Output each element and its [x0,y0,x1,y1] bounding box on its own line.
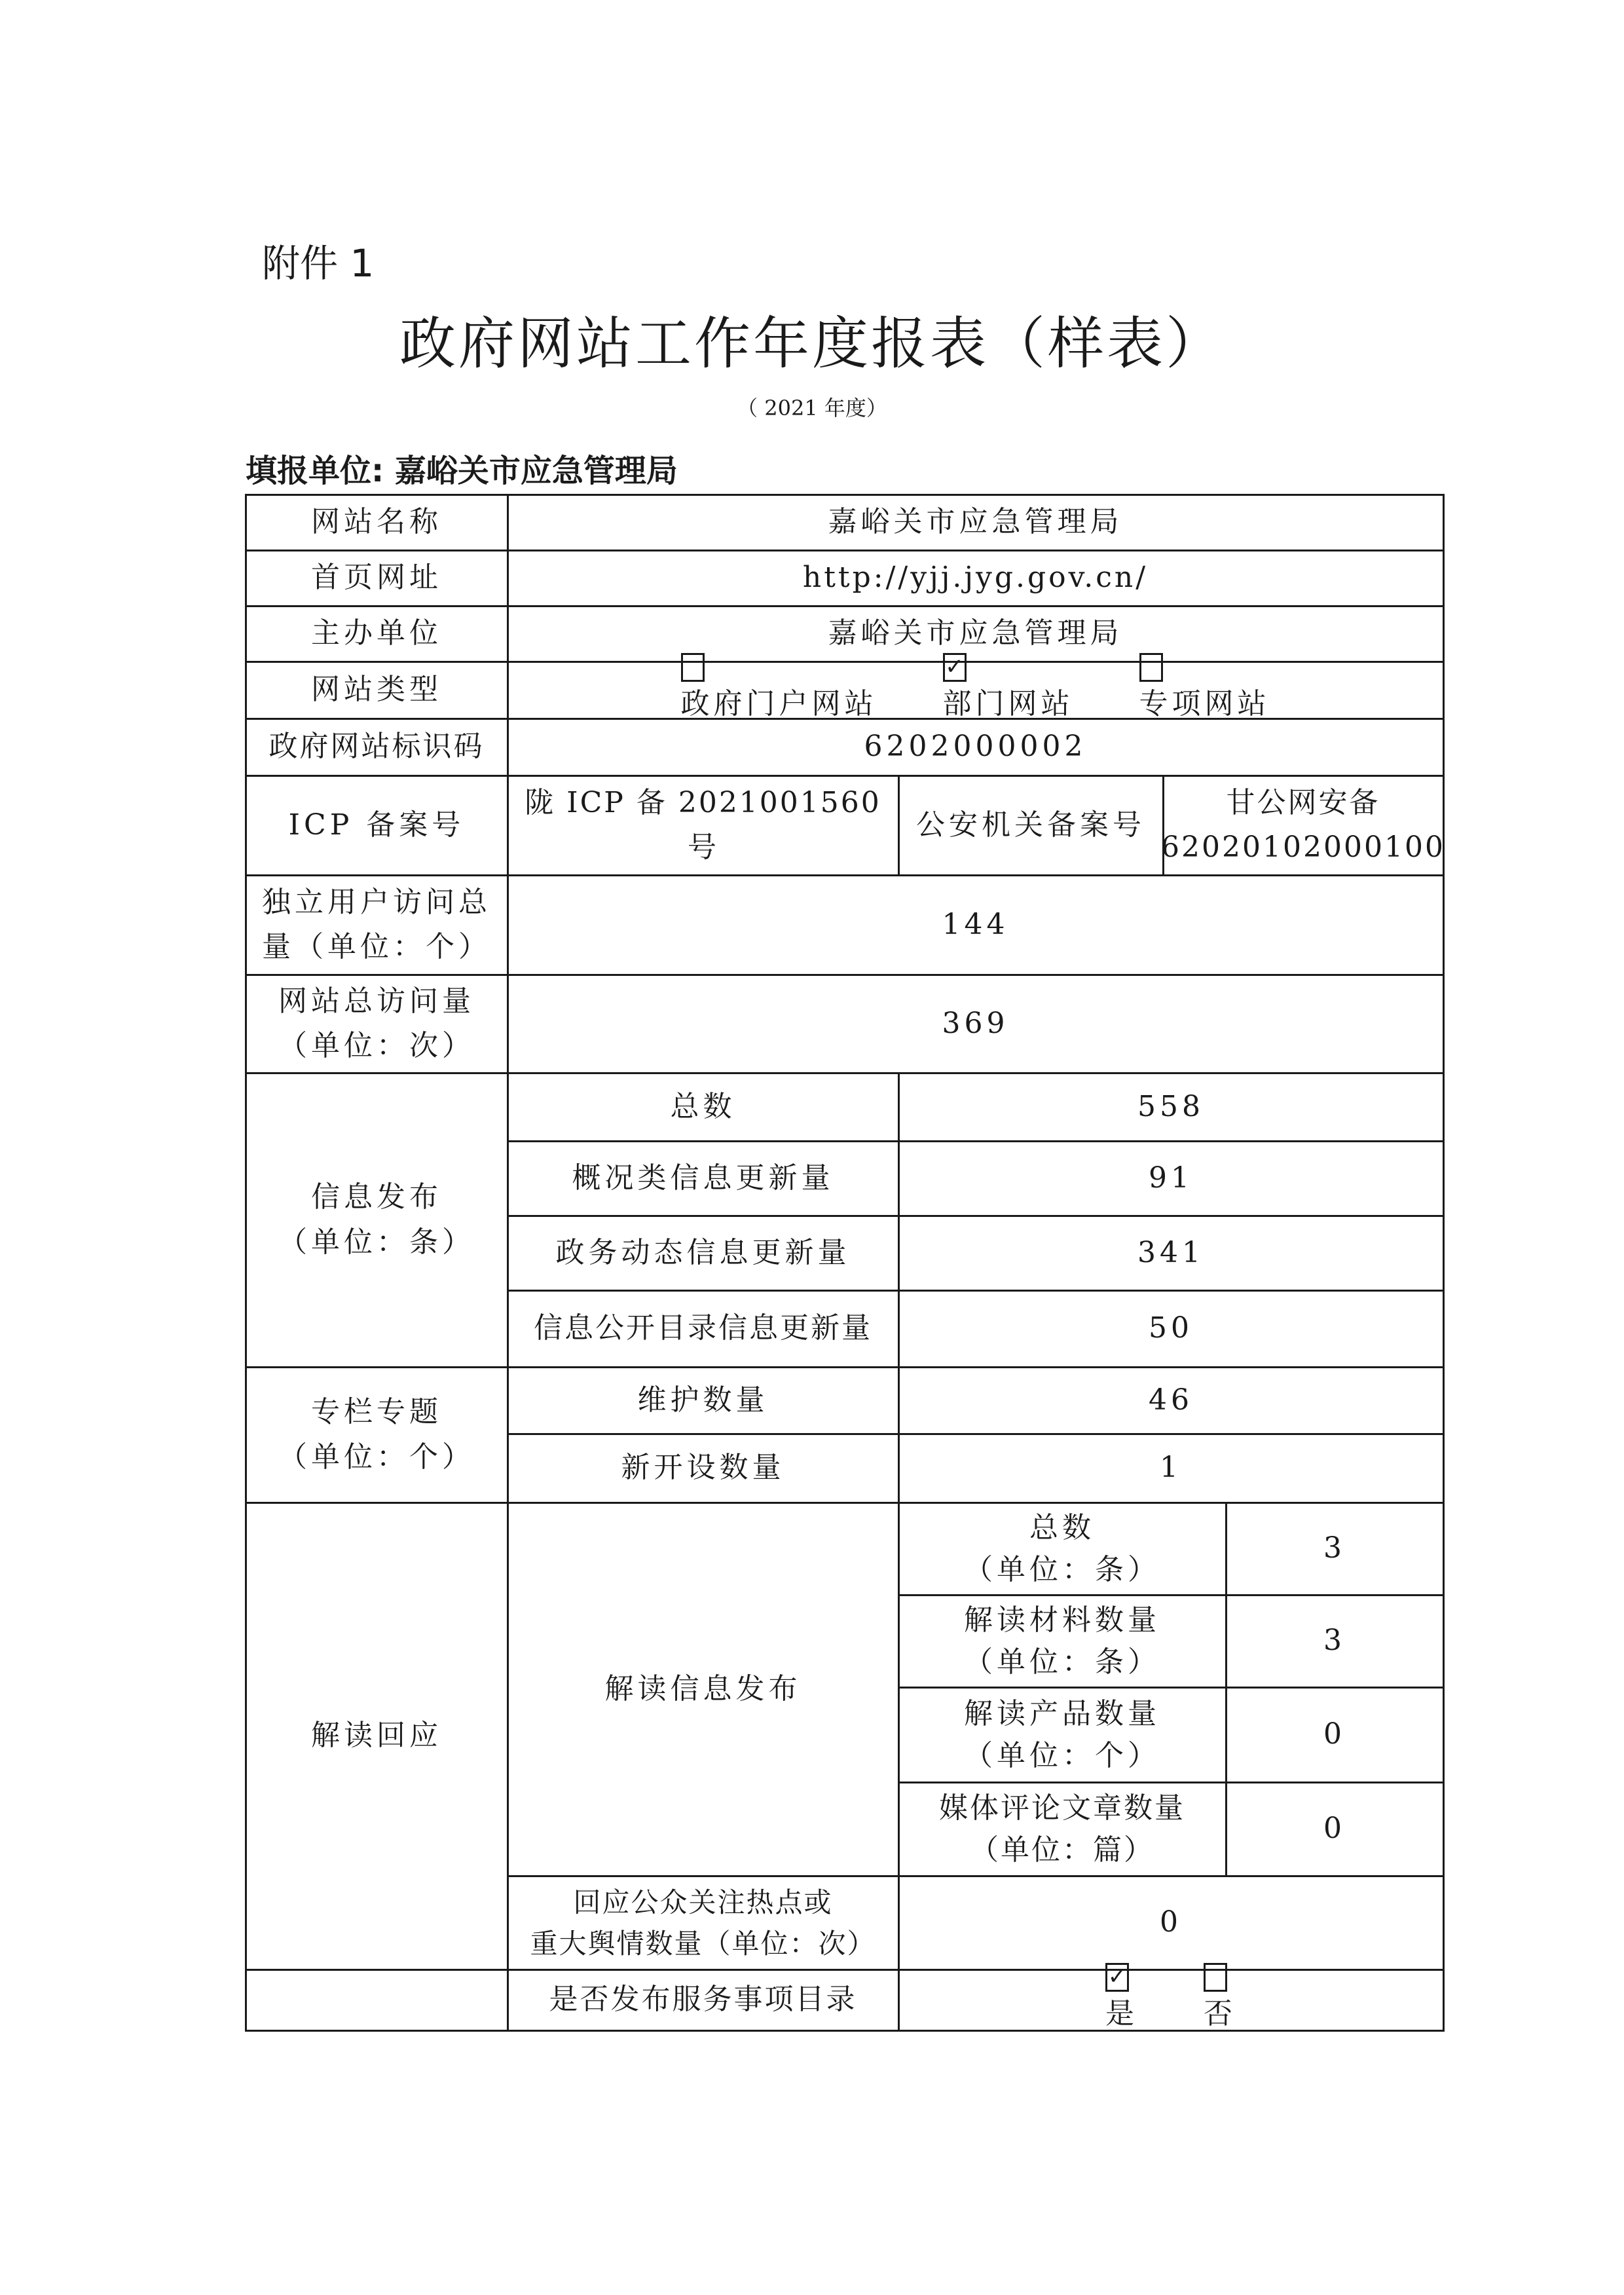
columns-topics-row-label: 维护数量 [507,1366,900,1435]
service-catalog-option-no[interactable]: 否 [1204,1963,1236,2036]
public-response-label: 回应公众关注热点或 重大舆情数量（单位：次） [507,1875,900,1971]
site-type-option-portal[interactable]: 政府门户网站 [681,653,877,726]
sponsor-label: 主办单位 [245,605,509,663]
site-id-code-label: 政府网站标识码 [245,718,509,777]
info-release-row-label: 政务动态信息更新量 [507,1215,900,1292]
info-release-row-value: 50 [898,1290,1445,1368]
interpretation-row-value: 3 [1225,1502,1445,1596]
service-catalog-label: 是否发布服务事项目录 [507,1969,900,2032]
site-name-value: 嘉峪关市应急管理局 [507,494,1445,551]
info-release-row-value: 558 [898,1072,1445,1142]
total-visits-label: 网站总访问量 （单位：次） [245,974,509,1074]
info-release-row-label: 信息公开目录信息更新量 [507,1290,900,1368]
icp-label: ICP 备案号 [245,775,509,876]
info-release-row-label: 总数 [507,1072,900,1142]
service-catalog-options: ✓是 否 [898,1969,1445,2032]
site-type-options: 政府门户网站 ✓部门网站 专项网站 [507,661,1445,720]
icp-value: 陇 ICP 备 2021001560 号 [507,775,900,876]
checkbox-unchecked-icon[interactable] [1139,653,1163,682]
report-year: （ 2021 年度） [0,392,1624,422]
columns-topics-row-value: 1 [898,1433,1445,1504]
total-visits-value: 369 [507,974,1445,1074]
interpretation-row-label: 解读产品数量 （单位：个） [898,1687,1227,1783]
site-id-code-value: 6202000002 [507,718,1445,777]
site-type-label: 网站类型 [245,661,509,720]
checkbox-unchecked-icon[interactable] [681,653,705,682]
info-release-row-value: 91 [898,1140,1445,1217]
checkbox-checked-icon[interactable]: ✓ [943,653,967,682]
interpretation-row-label: 媒体评论文章数量 （单位：篇） [898,1782,1227,1877]
interpretation-row-label: 解读材料数量 （单位：条） [898,1594,1227,1689]
service-catalog-blank [245,1969,509,2032]
checkbox-checked-icon[interactable]: ✓ [1105,1963,1129,1992]
police-record-label: 公安机关备案号 [898,775,1164,876]
site-type-option-department[interactable]: ✓部门网站 [943,653,1074,726]
homepage-url-value: http://yjj.jyg.gov.cn/ [507,550,1445,607]
unique-visitors-value: 144 [507,874,1445,976]
interpretation-sublabel: 解读信息发布 [507,1502,900,1877]
info-release-row-label: 概况类信息更新量 [507,1140,900,1217]
info-release-row-value: 341 [898,1215,1445,1292]
interpretation-row-value: 0 [1225,1782,1445,1877]
attachment-label: 附件 1 [262,233,374,288]
interpretation-label: 解读回应 [245,1502,509,1971]
columns-topics-row-value: 46 [898,1366,1445,1435]
reporting-unit: 填报单位: 嘉峪关市应急管理局 [246,445,678,491]
unique-visitors-label: 独立用户访问总 量（单位：个） [245,874,509,976]
info-release-label: 信息发布 （单位：条） [245,1072,509,1368]
public-response-value: 0 [898,1875,1445,1971]
police-record-value: 甘公网安备 62020102000100 [1162,775,1445,876]
checkbox-unchecked-icon[interactable] [1204,1963,1227,1992]
columns-topics-row-label: 新开设数量 [507,1433,900,1504]
service-catalog-option-yes[interactable]: ✓是 [1105,1963,1138,2036]
site-name-label: 网站名称 [245,494,509,551]
homepage-url-label: 首页网址 [245,550,509,607]
columns-topics-label: 专栏专题 （单位：个） [245,1366,509,1504]
interpretation-row-value: 3 [1225,1594,1445,1689]
interpretation-row-value: 0 [1225,1687,1445,1783]
page-title: 政府网站工作年度报表（样表） [0,298,1624,379]
site-type-option-special[interactable]: 专项网站 [1139,653,1270,726]
interpretation-row-label: 总数 （单位：条） [898,1502,1227,1596]
